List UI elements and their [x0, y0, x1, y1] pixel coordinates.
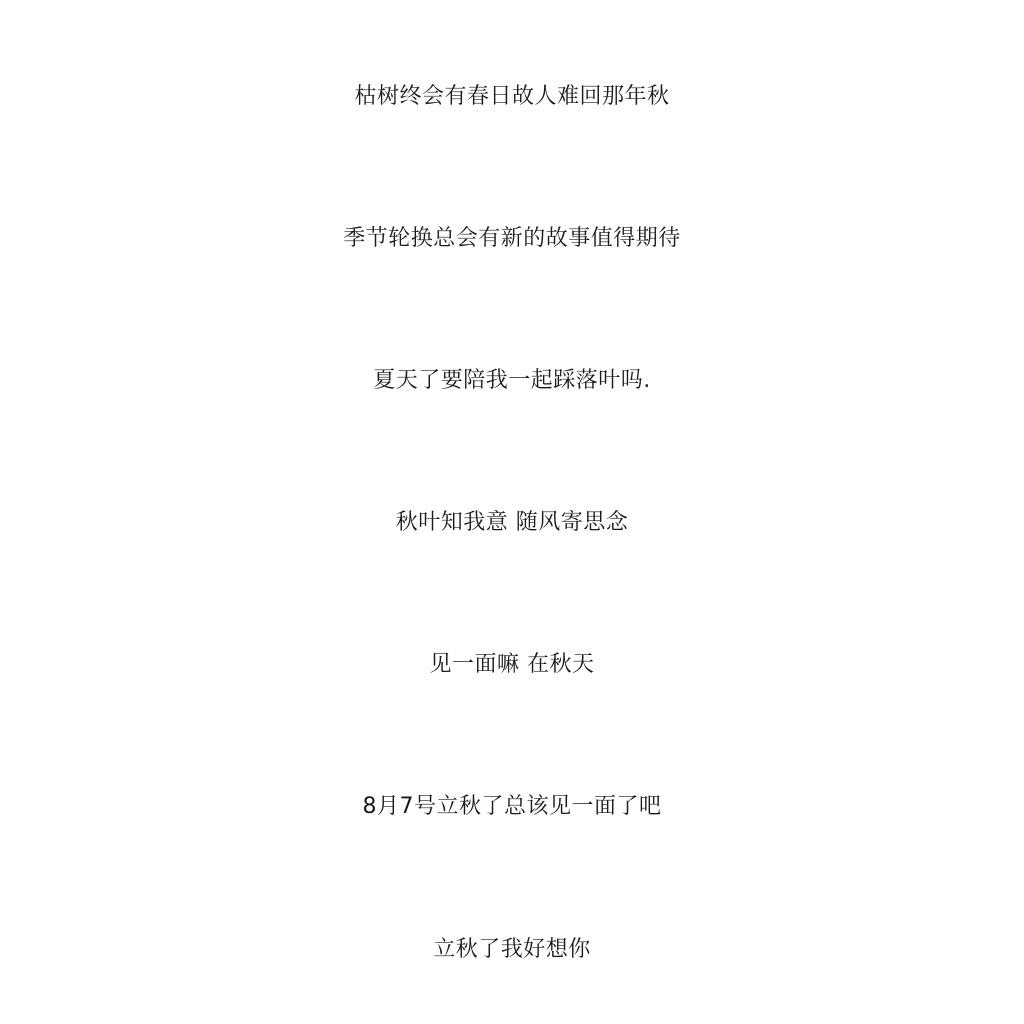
- text-line-7: 立秋了我好想你: [0, 935, 1024, 965]
- text-line-6: 8月7号立秋了总该见一面了吧: [0, 792, 1024, 822]
- text-line-4: 秋叶知我意 随风寄思念: [0, 508, 1024, 538]
- text-line-3: 夏天了要陪我一起踩落叶吗.: [0, 366, 1024, 396]
- text-line-1: 枯树终会有春日故人难回那年秋: [0, 82, 1024, 112]
- text-line-2: 季节轮换总会有新的故事值得期待: [0, 224, 1024, 254]
- text-line-5: 见一面嘛 在秋天: [0, 650, 1024, 680]
